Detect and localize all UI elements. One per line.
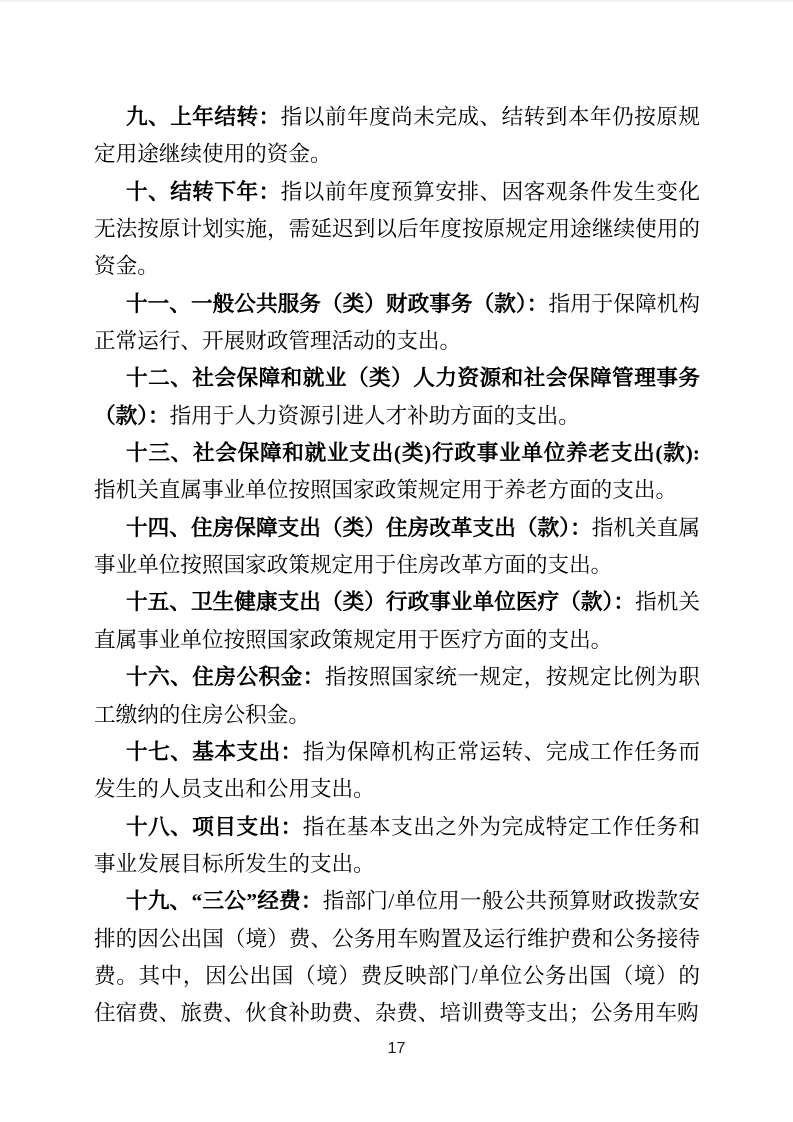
term-label: 十五、卫生健康支出（类）行政事业单位医疗（款）： [126, 590, 635, 614]
definition-paragraph: 十七、基本支出：指为保障机构正常运转、完成工作任务而发生的人员支出和公用支出。 [94, 734, 700, 809]
page-number: 17 [0, 1040, 793, 1058]
document-content: 九、上年结转：指以前年度尚未完成、结转到本年仍按原规定用途继续使用的资金。 十、… [94, 99, 700, 1033]
term-label: 十六、住房公积金： [126, 665, 325, 689]
term-label: 十一、一般公共服务（类）财政事务（款）： [126, 292, 548, 316]
term-label: 十九、“三公”经费： [126, 889, 323, 913]
term-definition: 指用于人力资源引进人才补助方面的支出。 [170, 404, 580, 428]
definition-paragraph: 十、结转下年：指以前年度预算安排、因客观条件发生变化无法按原计划实施，需延迟到以… [94, 174, 700, 286]
definition-paragraph: 九、上年结转：指以前年度尚未完成、结转到本年仍按原规定用途继续使用的资金。 [94, 99, 700, 174]
document-page: 九、上年结转：指以前年度尚未完成、结转到本年仍按原规定用途继续使用的资金。 十、… [0, 0, 793, 1122]
term-label: 十七、基本支出： [126, 740, 303, 764]
definition-paragraph: 十四、住房保障支出（类）住房改革支出（款）：指机关直属事业单位按照国家政策规定用… [94, 510, 700, 585]
term-definition: 指机关直属事业单位按照国家政策规定用于养老方面的支出。 [94, 478, 677, 502]
definition-paragraph: 十二、社会保障和就业（类）人力资源和社会保障管理事务（款）：指用于人力资源引进人… [94, 360, 700, 435]
definition-paragraph: 十九、“三公”经费：指部门/单位用一般公共预算财政拨款安排的因公出国（境）费、公… [94, 883, 700, 1032]
definition-paragraph: 十五、卫生健康支出（类）行政事业单位医疗（款）：指机关直属事业单位按照国家政策规… [94, 584, 700, 659]
term-label: 十三、社会保障和就业支出(类)行政事业单位养老支出(款): [126, 441, 700, 465]
term-label: 十八、项目支出： [126, 815, 303, 839]
definition-paragraph: 十八、项目支出：指在基本支出之外为完成特定工作任务和事业发展目标所发生的支出。 [94, 809, 700, 884]
definition-paragraph: 十一、一般公共服务（类）财政事务（款）：指用于保障机构正常运行、开展财政管理活动… [94, 286, 700, 361]
term-label: 九、上年结转： [126, 105, 281, 129]
term-label: 十四、住房保障支出（类）住房改革支出（款）： [126, 516, 592, 540]
definition-paragraph: 十三、社会保障和就业支出(类)行政事业单位养老支出(款):指机关直属事业单位按照… [94, 435, 700, 510]
definition-paragraph: 十六、住房公积金：指按照国家统一规定，按规定比例为职工缴纳的住房公积金。 [94, 659, 700, 734]
term-label: 十、结转下年： [126, 180, 281, 204]
